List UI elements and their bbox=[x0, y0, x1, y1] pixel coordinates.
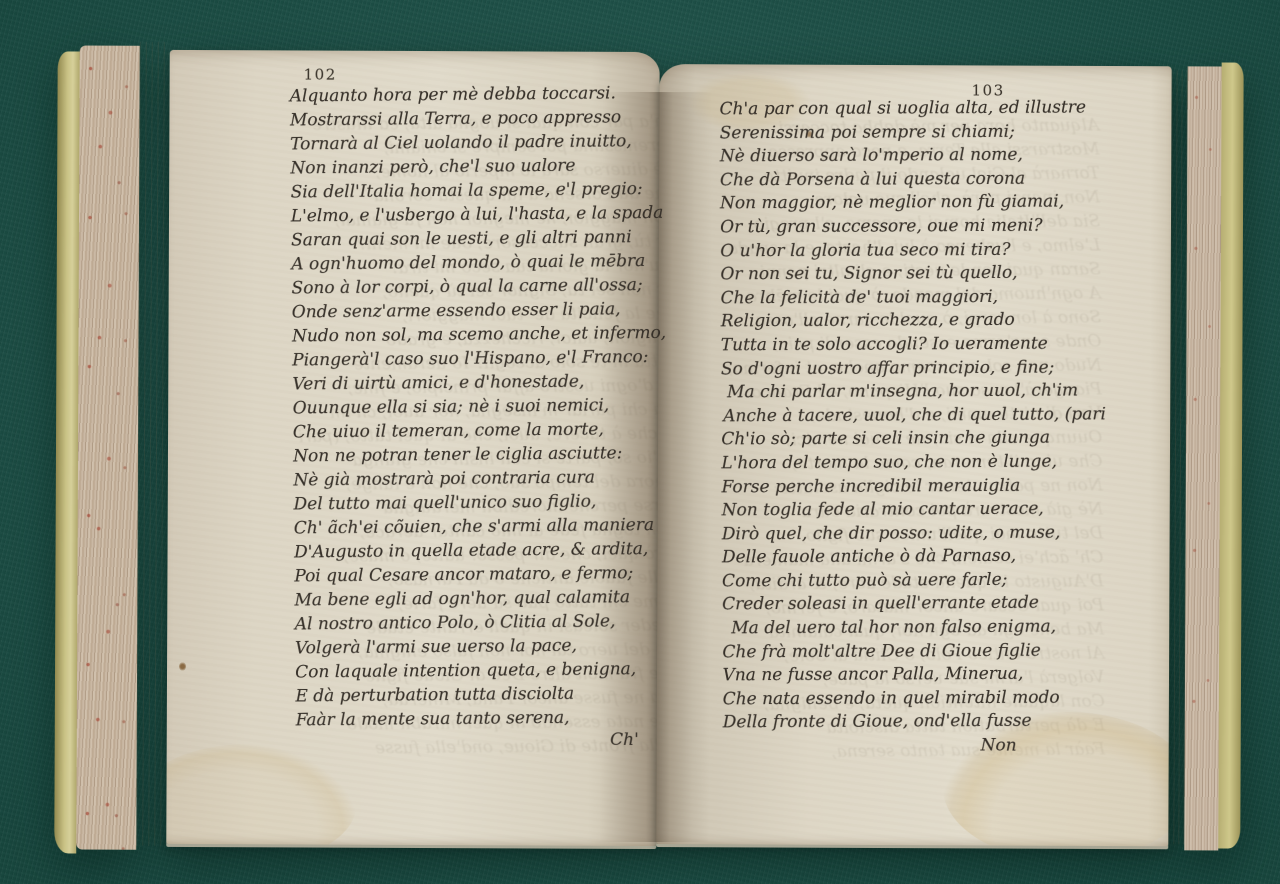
verse-line: Serenissima poi sempre si chiami; bbox=[720, 120, 1105, 146]
verse-line: Tornarà al Ciel uolando il padre inuitto… bbox=[290, 129, 664, 157]
verse-line: E dà perturbation tutta disciolta bbox=[295, 681, 669, 709]
verse-line: Creder soleasi in quell'errante etade bbox=[722, 592, 1107, 618]
speckled-fore-edge-left bbox=[76, 46, 140, 850]
verse-line: Or non sei tu, Signor sei tù quello, bbox=[720, 261, 1105, 287]
verse-line: Alquanto hora per mè debba toccarsi. bbox=[290, 81, 664, 109]
verse-line: Veri di uirtù amici, e d'honestade, bbox=[292, 369, 666, 397]
verse-line: Ouunque ella si sia; nè i suoi nemici, bbox=[293, 393, 667, 421]
verse-line: Nè già mostrarà poi contraria cura bbox=[293, 465, 667, 493]
verse-line: Nè diuerso sarà lo'mperio al nome, bbox=[720, 143, 1105, 169]
verse-line: Ma chi parlar m'insegna, hor uuol, ch'im bbox=[721, 379, 1106, 405]
verse-line: Ch'a par con qual si uoglia alta, ed ill… bbox=[720, 96, 1105, 122]
verse-line: Volgerà l'armi sue uerso la pace, bbox=[295, 633, 669, 661]
verse-line: Mostrarssi alla Terra, e poco appresso bbox=[290, 105, 664, 133]
verse-line: Sono à lor corpi, ò qual la carne all'os… bbox=[291, 273, 665, 301]
verse-line: Non inanzi però, che'l suo ualore bbox=[290, 153, 664, 181]
vellum-cover-edge-right bbox=[1218, 62, 1243, 848]
verse-line: A ogn'huomo del mondo, ò quai le mēbra bbox=[291, 249, 665, 277]
verse-line: Che dà Porsena à lui questa corona bbox=[720, 167, 1105, 193]
verse-line: L'elmo, e l'usbergo à lui, l'hasta, e la… bbox=[291, 201, 665, 229]
verse-line: Vna ne fusse ancor Palla, Minerua, bbox=[722, 663, 1107, 689]
verse-line: Dirò quel, che dir posso: udite, o muse, bbox=[722, 521, 1107, 547]
verse-line: So d'ogni uostro affar principio, e fine… bbox=[721, 356, 1106, 382]
verse-line: Religion, ualor, ricchezza, e grado bbox=[721, 309, 1106, 335]
verse-line: Delle fauole antiche ò dà Parnaso, bbox=[722, 545, 1107, 571]
page-stack-edge-left bbox=[136, 42, 170, 846]
verse-line: Non maggior, nè meglior non fù giamai, bbox=[720, 191, 1105, 217]
verse-line: Ch' ãch'ei cõuien, che s'armi alla manie… bbox=[294, 513, 668, 541]
catchword-right: Non bbox=[717, 734, 1017, 755]
verse-text-right: Ch'a par con qual si uoglia alta, ed ill… bbox=[720, 96, 1108, 735]
page-number-left: 102 bbox=[304, 65, 337, 83]
catchword-left: Ch' bbox=[287, 728, 639, 750]
speckled-fore-edge-right bbox=[1184, 66, 1221, 850]
verse-text-left: Alquanto hora per mè debba toccarsi.Most… bbox=[290, 81, 670, 733]
verse-line: Tutta in te solo accogli? Io ueramente bbox=[721, 332, 1106, 358]
verse-line: Che frà molt'altre Dee di Gioue figlie bbox=[722, 639, 1107, 665]
verse-line: Che uiuo il temeran, come la morte, bbox=[293, 417, 667, 445]
verse-line: Anche à tacere, uuol, che di quel tutto,… bbox=[721, 403, 1106, 429]
verse-line: Saran quai son le uesti, e gli altri pan… bbox=[291, 225, 665, 253]
verse-line: Or tù, gran successore, oue mi meni? bbox=[720, 214, 1105, 240]
verse-line: Ch'io sò; parte si celi insin che giunga bbox=[721, 427, 1106, 453]
ink-spot bbox=[179, 662, 186, 671]
verse-line: Non ne potran tener le ciglia asciutte: bbox=[293, 441, 667, 469]
verse-line: Piangerà'l caso suo l'Hispano, e'l Franc… bbox=[292, 345, 666, 373]
verse-line: Della fronte di Gioue, ond'ella fusse bbox=[723, 710, 1108, 736]
verse-line: Poi qual Cesare ancor mataro, e fermo; bbox=[294, 561, 668, 589]
verse-line: Onde senz'arme essendo esser li paia, bbox=[292, 297, 666, 325]
verse-line: Con laquale intention queta, e benigna, bbox=[295, 657, 669, 685]
verse-line: D'Augusto in quella etade acre, & ardita… bbox=[294, 537, 668, 565]
verse-line: Del tutto mai quell'unico suo figlio, bbox=[293, 489, 667, 517]
verse-line: Ma del uero tal hor non falso enigma, bbox=[722, 615, 1107, 641]
verse-line: Che la felicità de' tuoi maggiori, bbox=[721, 285, 1106, 311]
stain bbox=[166, 744, 356, 846]
verse-line: Come chi tutto può sà uere farle; bbox=[722, 568, 1107, 594]
verse-line: L'hora del tempo suo, che non è lunge, bbox=[721, 450, 1106, 476]
verse-line: Forse perche incredibil merauiglia bbox=[722, 474, 1107, 500]
verse-line: Al nostro antico Polo, ò Clitia al Sole, bbox=[295, 609, 669, 637]
verse-line: Non toglia fede al mio cantar uerace, bbox=[722, 497, 1107, 523]
verse-line: O u'hor la gloria tua seco mi tira? bbox=[720, 238, 1105, 264]
verse-line: Ma bene egli ad ogn'hor, qual calamita bbox=[294, 585, 668, 613]
open-book: Ch'a par con qual si uoglia alta, ed ill… bbox=[54, 37, 1244, 858]
verse-line: Che nata essendo in quel mirabil modo bbox=[723, 686, 1108, 712]
verse-line: Sia dell'Italia homai la speme, e'l preg… bbox=[291, 177, 665, 205]
verse-line: Nudo non sol, ma scemo anche, et infermo… bbox=[292, 321, 666, 349]
